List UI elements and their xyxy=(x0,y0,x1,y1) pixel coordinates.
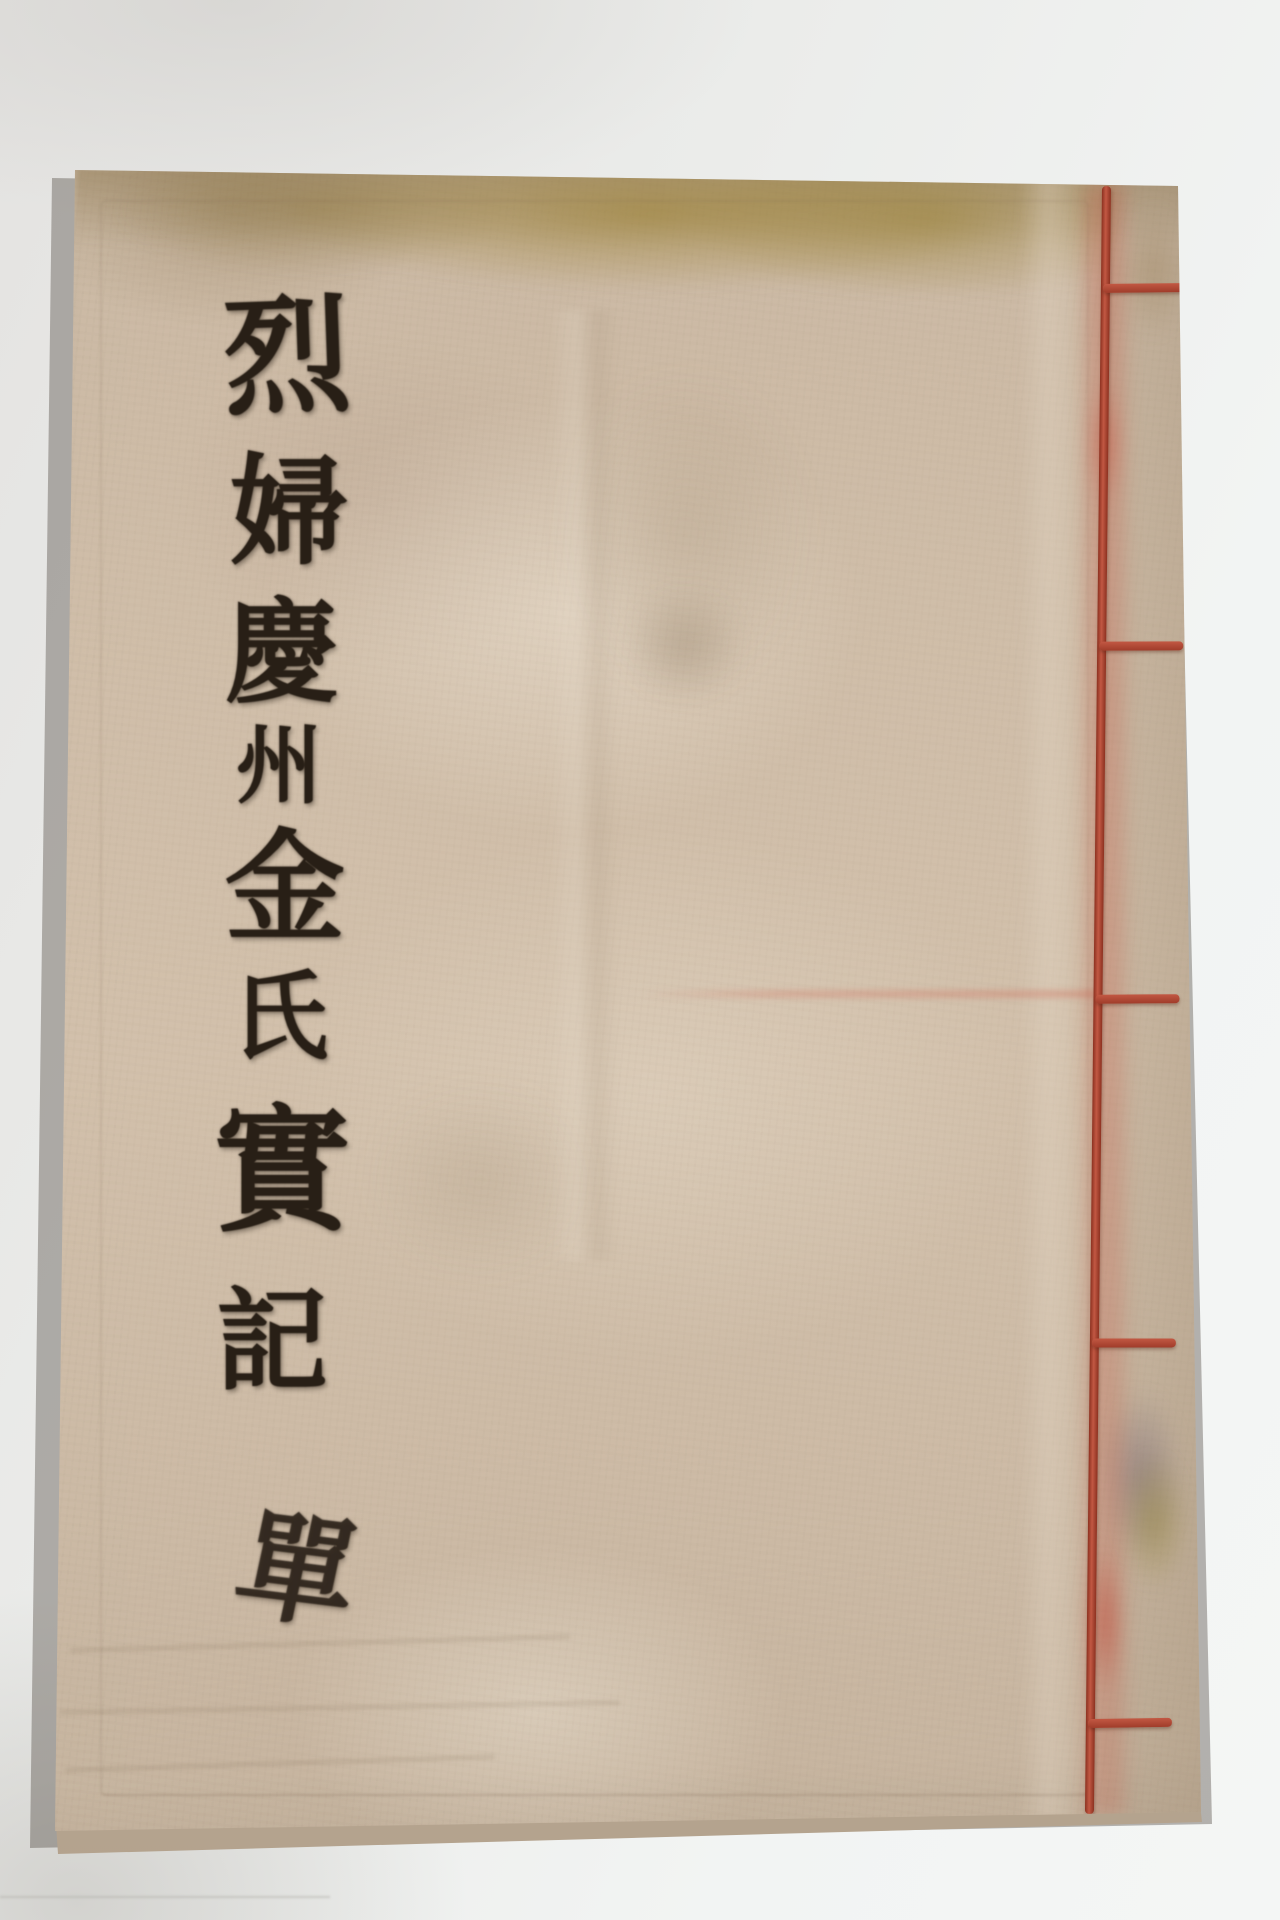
photo-backdrop: 烈 婦 慶 州 金 氏 實 記 單 xyxy=(0,0,1280,1920)
title-character: 婦 xyxy=(230,441,348,583)
book-cover: 烈 婦 慶 州 金 氏 實 記 單 xyxy=(0,0,1280,1920)
binding-stitch xyxy=(1103,283,1187,293)
binding-thread xyxy=(1081,186,1190,1815)
volume-marker: 單 xyxy=(226,1506,368,1636)
backdrop-seam xyxy=(0,1896,330,1898)
binding-stitch xyxy=(1095,994,1179,1004)
title-character: 金 xyxy=(225,814,345,962)
binding-stitch xyxy=(1099,641,1183,650)
title-character: 氏 xyxy=(232,965,328,1069)
binding-stitch xyxy=(1092,1338,1176,1347)
binding-stitch xyxy=(1088,1718,1172,1728)
title-calligraphy: 烈 婦 慶 州 金 氏 實 記 xyxy=(196,276,368,1411)
title-character: 烈 xyxy=(220,274,354,440)
title-character: 州 xyxy=(236,721,322,811)
title-character: 實 xyxy=(213,1072,351,1270)
title-character: 記 xyxy=(216,1273,328,1411)
title-character: 慶 xyxy=(225,586,339,718)
